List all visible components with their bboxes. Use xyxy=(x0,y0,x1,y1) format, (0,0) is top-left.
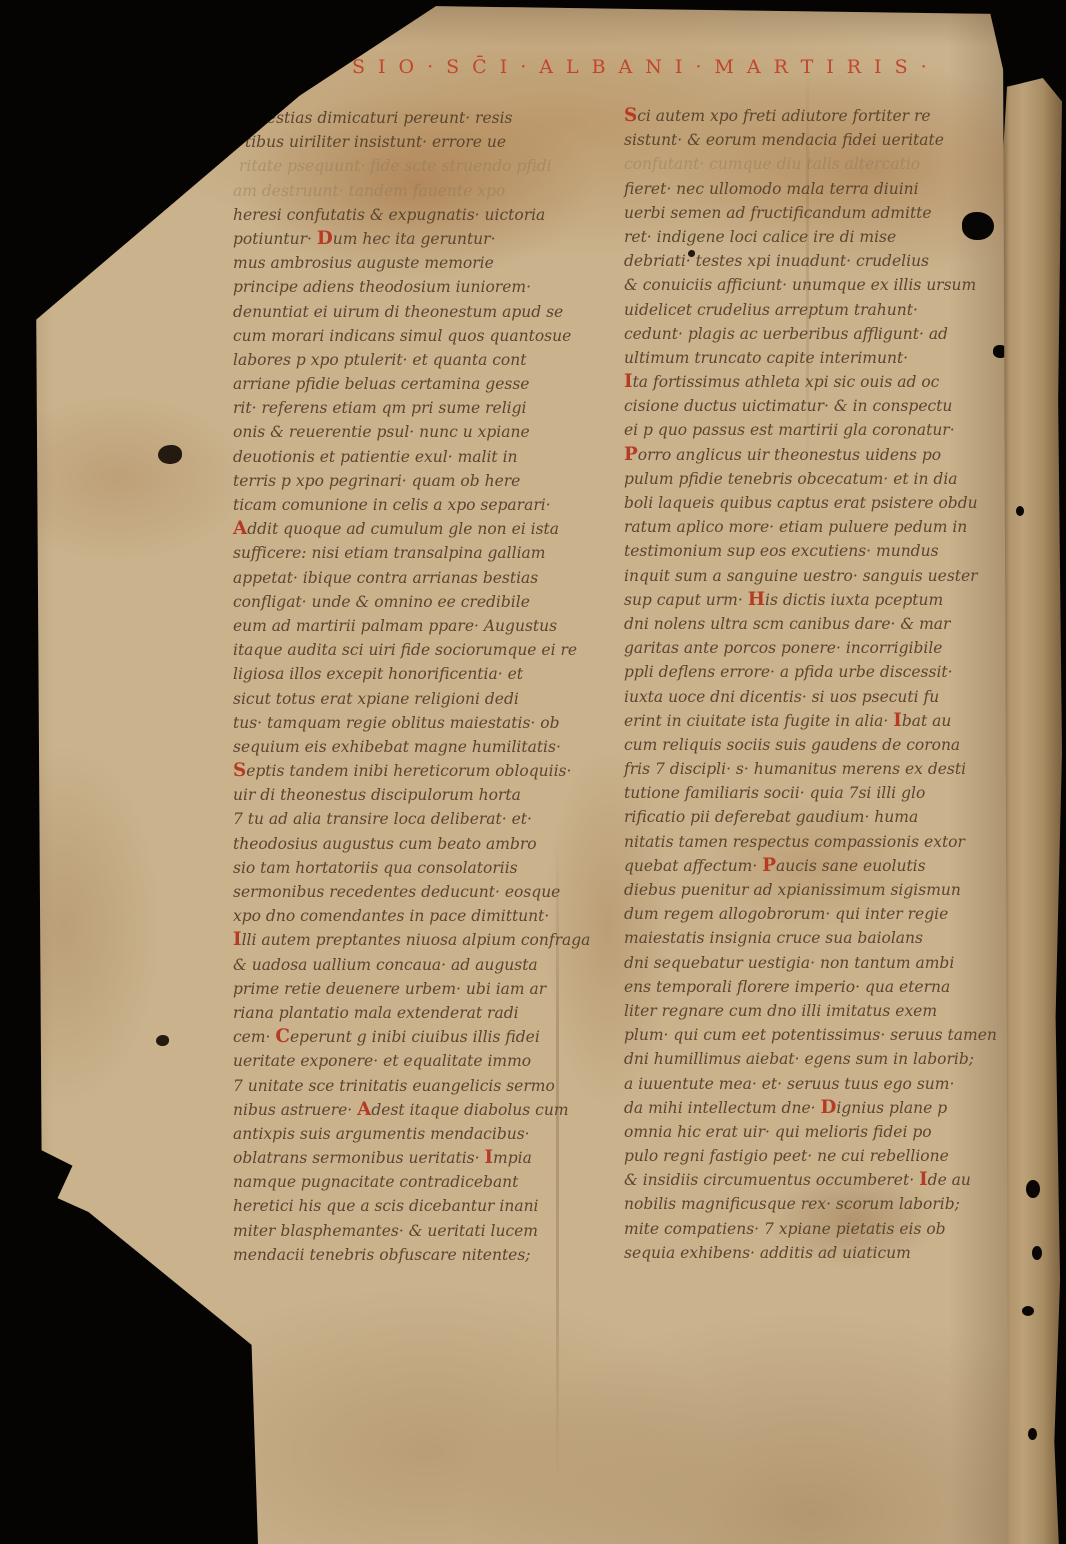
manuscript-line: mus ambrosius auguste memorie xyxy=(233,251,615,275)
manuscript-line: ret· indigene loci calice ire di mise xyxy=(624,225,1016,249)
manuscript-line: maiestatis insignia cruce sua baiolans xyxy=(624,926,1016,950)
manuscript-line: plum· qui cum eet potentissimus· seruus … xyxy=(624,1023,1016,1047)
parchment-hole xyxy=(962,212,994,240)
manuscript-line: ligiosa illos excepit honorificentia· et xyxy=(233,662,615,686)
manuscript-line: potiuntur· Dum hec ita geruntur· xyxy=(233,227,615,251)
manuscript-line: sufficere: nisi etiam transalpina gallia… xyxy=(233,541,615,565)
manuscript-line: ritate psequunt· fide scte struendo pfid… xyxy=(233,154,615,178)
manuscript-line: confligat· unde & omnino ee credibile xyxy=(233,590,615,614)
manuscript-line: da mihi intellectum dne· Dignius plane p xyxy=(624,1096,1016,1120)
manuscript-line: omnia hic erat uir· qui melioris fidei p… xyxy=(624,1120,1016,1144)
manuscript-line: fieret· nec ullomodo mala terra diuini xyxy=(624,177,1016,201)
ink-blot xyxy=(688,250,695,257)
manuscript-line: a iuuentute mea· et· seruus tuus ego sum… xyxy=(624,1072,1016,1096)
manuscript-line: am destruunt· tandem fauente xpo xyxy=(233,179,615,203)
manuscript-line: tutione familiaris socii· quia 7si illi … xyxy=(624,781,1016,805)
torn-edge-mark xyxy=(1032,1246,1042,1260)
illuminated-initial: I xyxy=(624,371,633,392)
torn-edge-mark xyxy=(1022,1306,1034,1316)
torn-edge-mark xyxy=(1028,1428,1037,1440)
parchment-crease xyxy=(806,60,809,480)
manuscript-line: uidelicet crudelius arreptum trahunt· xyxy=(624,298,1016,322)
torn-edge-mark xyxy=(1016,506,1024,516)
manuscript-line: rificatio pii deferebat gaudium· huma xyxy=(624,805,1016,829)
manuscript-line: garitas ante porcos ponere· incorrigibil… xyxy=(624,636,1016,660)
manuscript-line: cum reliquis sociis suis gaudens de coro… xyxy=(624,733,1016,757)
manuscript-line: Porro anglicus uir theonestus uidens po xyxy=(624,443,1016,467)
manuscript-line: uir di theonestus discipulorum horta xyxy=(233,783,615,807)
manuscript-line: deuotionis et patientie exul· malit in xyxy=(233,445,615,469)
manuscript-line: nitatis tamen respectus compassionis ext… xyxy=(624,830,1016,854)
manuscript-line: Sci autem xpo freti adiutore fortiter re xyxy=(624,104,1016,128)
manuscript-line: quebat affectum· Paucis sane euolutis xyxy=(624,854,1016,878)
manuscript-line: tus· tamquam regie oblitus maiestatis· o… xyxy=(233,711,615,735)
manuscript-line: bestias dimicaturi pereunt· resis xyxy=(233,106,615,130)
manuscript-line: sequium eis exhibebat magne humilitatis· xyxy=(233,735,615,759)
illuminated-initial: D xyxy=(821,1097,837,1118)
manuscript-line: terris p xpo pegrinari· quam ob here xyxy=(233,469,615,493)
manuscript-line: denuntiat ei uirum di theonestum apud se xyxy=(233,300,615,324)
manuscript-line: rit· referens etiam qm pri sume religi xyxy=(233,396,615,420)
manuscript-line: itaque audita sci uiri fide sociorumque … xyxy=(233,638,615,662)
manuscript-line: cisione ductus uictimatur· & in conspect… xyxy=(624,394,1016,418)
manuscript-line: iuxta uoce dni dicentis· si uos psecuti … xyxy=(624,685,1016,709)
manuscript-line: Ita fortissimus athleta xpi sic ouis ad … xyxy=(624,370,1016,394)
illuminated-initial: A xyxy=(357,1099,371,1120)
illuminated-initial: I xyxy=(233,929,242,950)
illuminated-initial: P xyxy=(624,444,638,465)
manuscript-line: dum regem allogobrorum· qui inter regie xyxy=(624,902,1016,926)
manuscript-line: ticam comunione in celis a xpo separari· xyxy=(233,493,615,517)
manuscript-line: Addit quoque ad cumulum gle non ei ista xyxy=(233,517,615,541)
manuscript-line: cum morari indicans simul quos quantosue xyxy=(233,324,615,348)
photo-backdrop: SIO·SC̄I·ALBANI·MARTIRIS· bestias dimica… xyxy=(0,0,1066,1544)
manuscript-line: appetat· ibique contra arrianas bestias xyxy=(233,566,615,590)
illuminated-initial: D xyxy=(317,228,333,249)
manuscript-line: liter regnare cum dno illi imitatus exem xyxy=(624,999,1016,1023)
manuscript-line: & conuiciis afficiunt· unumque ex illis … xyxy=(624,273,1016,297)
manuscript-line: dni sequebatur uestigia· non tantum ambi xyxy=(624,951,1016,975)
manuscript-line: labores p xpo ptulerit· et quanta cont xyxy=(233,348,615,372)
parchment-crease xyxy=(556,840,559,1480)
manuscript-line: ppli deflens errore· a pfida urbe disces… xyxy=(624,660,1016,684)
manuscript-line: inquit sum a sanguine uestro· sanguis ue… xyxy=(624,564,1016,588)
manuscript-line: uerbi semen ad fructificandum admitte xyxy=(624,201,1016,225)
manuscript-line: eum ad martirii palmam ppare· Augustus xyxy=(233,614,615,638)
ink-blot xyxy=(156,1035,169,1046)
manuscript-line: cedunt· plagis ac uerberibus affligunt· … xyxy=(624,322,1016,346)
illuminated-initial: S xyxy=(624,105,637,126)
manuscript-line: mite compatiens· 7 xpiane pietatis eis o… xyxy=(624,1217,1016,1241)
illuminated-initial: C xyxy=(275,1026,290,1047)
manuscript-line: principe adiens theodosium iuniorem· xyxy=(233,275,615,299)
manuscript-line: pulum pfidie tenebris obcecatum· et in d… xyxy=(624,467,1016,491)
manuscript-line: erint in ciuitate ista fugite in alia· I… xyxy=(624,709,1016,733)
manuscript-line: 7 tu ad alia transire loca deliberat· et… xyxy=(233,807,615,831)
manuscript-line: sequia exhibens· additis ad uiaticum xyxy=(624,1241,1016,1265)
manuscript-line: sup caput urm· His dictis iuxta pceptum xyxy=(624,588,1016,612)
manuscript-line: arriane pfidie beluas certamina gesse xyxy=(233,372,615,396)
manuscript-line: testimonium sup eos excutiens· mundus xyxy=(624,539,1016,563)
manuscript-line: pulo regni fastigio peet· ne cui rebelli… xyxy=(624,1144,1016,1168)
manuscript-line: sicut totus erat xpiane religioni dedi xyxy=(233,687,615,711)
torn-edge-mark xyxy=(1026,1180,1040,1198)
text-column-right: Sci autem xpo freti adiutore fortiter re… xyxy=(624,104,1016,1265)
manuscript-line: heresi confutatis & expugnatis· uictoria xyxy=(233,203,615,227)
illuminated-initial: S xyxy=(233,760,246,781)
illuminated-initial: I xyxy=(484,1147,493,1168)
manuscript-line: diebus puenitur ad xpianissimum sigismun xyxy=(624,878,1016,902)
manuscript-line: tibus uiriliter insistunt· errore ue xyxy=(233,130,615,154)
manuscript-line: nobilis magnificusque rex· scorum labori… xyxy=(624,1192,1016,1216)
illuminated-initial: A xyxy=(233,518,247,539)
manuscript-line: ens temporali florere imperio· qua etern… xyxy=(624,975,1016,999)
illuminated-initial: I xyxy=(893,710,902,731)
manuscript-line: onis & reuerentie psul· nunc u xpiane xyxy=(233,420,615,444)
manuscript-line: Septis tandem inibi hereticorum obloquii… xyxy=(233,759,615,783)
manuscript-line: boli laqueis quibus captus erat psistere… xyxy=(624,491,1016,515)
manuscript-line: fris 7 discipli· s· humanitus merens ex … xyxy=(624,757,1016,781)
rubric-title: SIO·SC̄I·ALBANI·MARTIRIS· xyxy=(352,56,1032,78)
manuscript-line: ei p quo passus est martirii gla coronat… xyxy=(624,418,1016,442)
ink-blot xyxy=(158,445,182,464)
manuscript-line: ultimum truncato capite interimunt· xyxy=(624,346,1016,370)
manuscript-line: dni humillimus aiebat· egens sum in labo… xyxy=(624,1047,1016,1071)
illuminated-initial: P xyxy=(762,855,776,876)
illuminated-initial: H xyxy=(748,589,765,610)
illuminated-initial: I xyxy=(919,1169,928,1190)
manuscript-line: ratum aplico more· etiam puluere pedum i… xyxy=(624,515,1016,539)
manuscript-line: sistunt· & eorum mendacia fidei ueritate xyxy=(624,128,1016,152)
manuscript-page: SIO·SC̄I·ALBANI·MARTIRIS· bestias dimica… xyxy=(0,0,1066,1544)
manuscript-line: & insidiis circumuentus occumberet· Ide … xyxy=(624,1168,1016,1192)
manuscript-line: debriati· testes xpi inuadunt· crudelius xyxy=(624,249,1016,273)
manuscript-line: confutant· cumque diu talis altercatio xyxy=(624,152,1016,176)
manuscript-line: dni nolens ultra scm canibus dare· & mar xyxy=(624,612,1016,636)
